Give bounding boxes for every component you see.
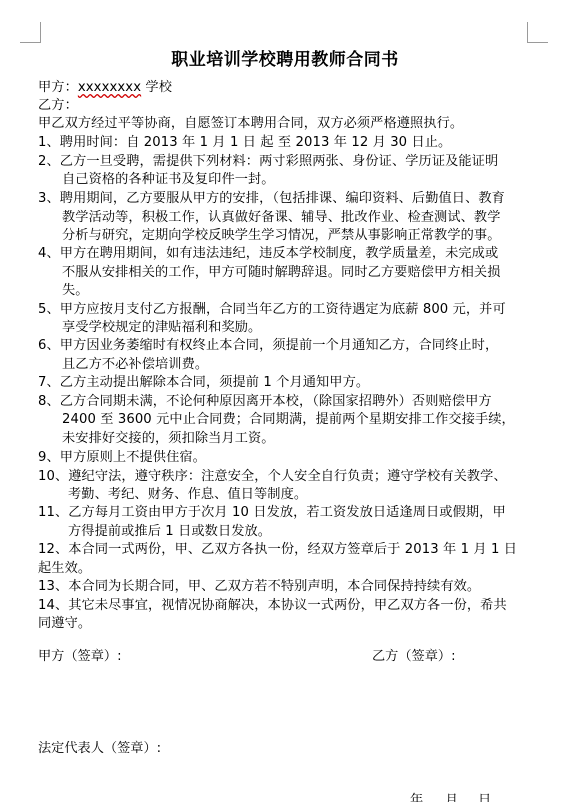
clause-9-line-1: 9、甲方原则上不提供住宿。 <box>38 449 206 467</box>
clause-6-line-2: 且乙方不必补偿培训费。 <box>62 356 208 374</box>
clause-13-line-1: 13、本合同为长期合同，甲、乙双方若不特别声明，本合同保持持续有效。 <box>38 578 480 596</box>
clause-8-line-1: 8、乙方合同期未满，不论何种原因离开本校，（除国家招聘外）否则赔偿甲方 <box>38 393 492 411</box>
party-a-signature-label: 甲方（签章）: <box>38 648 122 666</box>
clause-12-line-1: 12、本合同一式两份，甲、乙双方各执一份，经双方签章后于 2013 年 1 月 … <box>38 541 517 559</box>
legal-representative-signature-label: 法定代表人（签章）: <box>38 740 161 758</box>
clause-5-line-2: 享受学校规定的津贴福利和奖励。 <box>62 319 261 337</box>
party-a-name-placeholder[interactable]: xxxxxxxx <box>78 80 141 95</box>
clause-7-line-1: 7、乙方主动提出解除本合同，须提前 1 个月通知甲方。 <box>38 374 369 392</box>
clause-12-line-2: 起生效。 <box>38 560 91 578</box>
clause-2-line-2: 自己资格的各种证书及复印件一封。 <box>62 171 275 189</box>
clause-4-line-3: 失。 <box>62 282 89 300</box>
clause-10-line-1: 10、遵纪守法，遵守秩序：注意安全，个人安全自行负责；遵守学校有关教学、 <box>38 468 507 486</box>
party-b-signature-label: 乙方（签章）: <box>372 648 456 666</box>
party-b-line: 乙方： <box>38 97 78 115</box>
clause-3-line-3: 分析与研究，定期向学校反映学生学习情况，严禁从事影响正常教学的事。 <box>62 227 500 245</box>
clause-11-line-2: 方得提前或推后 1 日或数日发放。 <box>68 523 271 541</box>
party-a-line: 甲方：xxxxxxxx 学校 <box>38 79 172 97</box>
clause-14-line-1: 14、其它未尽事宜，视情况协商解决，本协议一式两份，甲乙双方各一份，希共 <box>38 597 507 615</box>
clause-3-line-1: 3、聘用期间，乙方要服从甲方的安排，（包括排课、编印资料、后勤值日、教育 <box>38 190 505 208</box>
date-day-label: 日 <box>478 792 491 802</box>
date-year-label: 年 <box>410 792 423 802</box>
clause-11-line-1: 11、乙方每月工资由甲方于次月 10 日发放，若工资发放日适逢周日或假期，甲 <box>38 504 506 522</box>
document-title: 职业培训学校聘用教师合同书 <box>0 49 570 71</box>
clause-1-line-1: 1、聘用时间：自 2013 年 1 月 1 日 起 至 2013 年 12 月 … <box>38 134 451 152</box>
date-month-label: 月 <box>445 792 458 802</box>
clause-4-line-2: 不服从安排相关的工作，甲方可随时解聘辞退。同时乙方要赔偿甲方相关损 <box>62 264 500 282</box>
clause-8-line-2: 2400 至 3600 元中止合同费；合同期满，提前两个星期安排工作交接手续， <box>62 411 515 429</box>
clause-3-line-2: 教学活动等，积极工作，认真做好备课、辅导、批改作业、检查测试、教学 <box>62 209 500 227</box>
intro-paragraph: 甲乙双方经过平等协商，自愿签订本聘用合同，双方必须严格遵照执行。 <box>38 115 463 133</box>
clause-4-line-1: 4、甲方在聘用期间，如有违法违纪，违反本学校制度，教学质量差，未完成或 <box>38 245 498 263</box>
party-a-label: 甲方： <box>38 80 78 95</box>
clause-6-line-1: 6、甲方因业务萎缩时有权终止本合同，须提前一个月通知乙方，合同终止时， <box>38 337 498 355</box>
clause-14-line-2: 同遵守。 <box>38 615 91 633</box>
clause-10-line-2: 考勤、考纪、财务、作息、值日等制度。 <box>68 486 307 504</box>
clause-8-line-3: 未安排好交接的，须扣除当月工资。 <box>62 430 275 448</box>
clause-2-line-1: 2、乙方一旦受聘，需提供下列材料：两寸彩照两张、身份证、学历证及能证明 <box>38 153 498 171</box>
party-a-name-suffix: 学校 <box>145 80 172 95</box>
clause-5-line-1: 5、甲方应按月支付乙方报酬，合同当年乙方的工资待遇定为底薪 800 元，并可 <box>38 301 506 319</box>
